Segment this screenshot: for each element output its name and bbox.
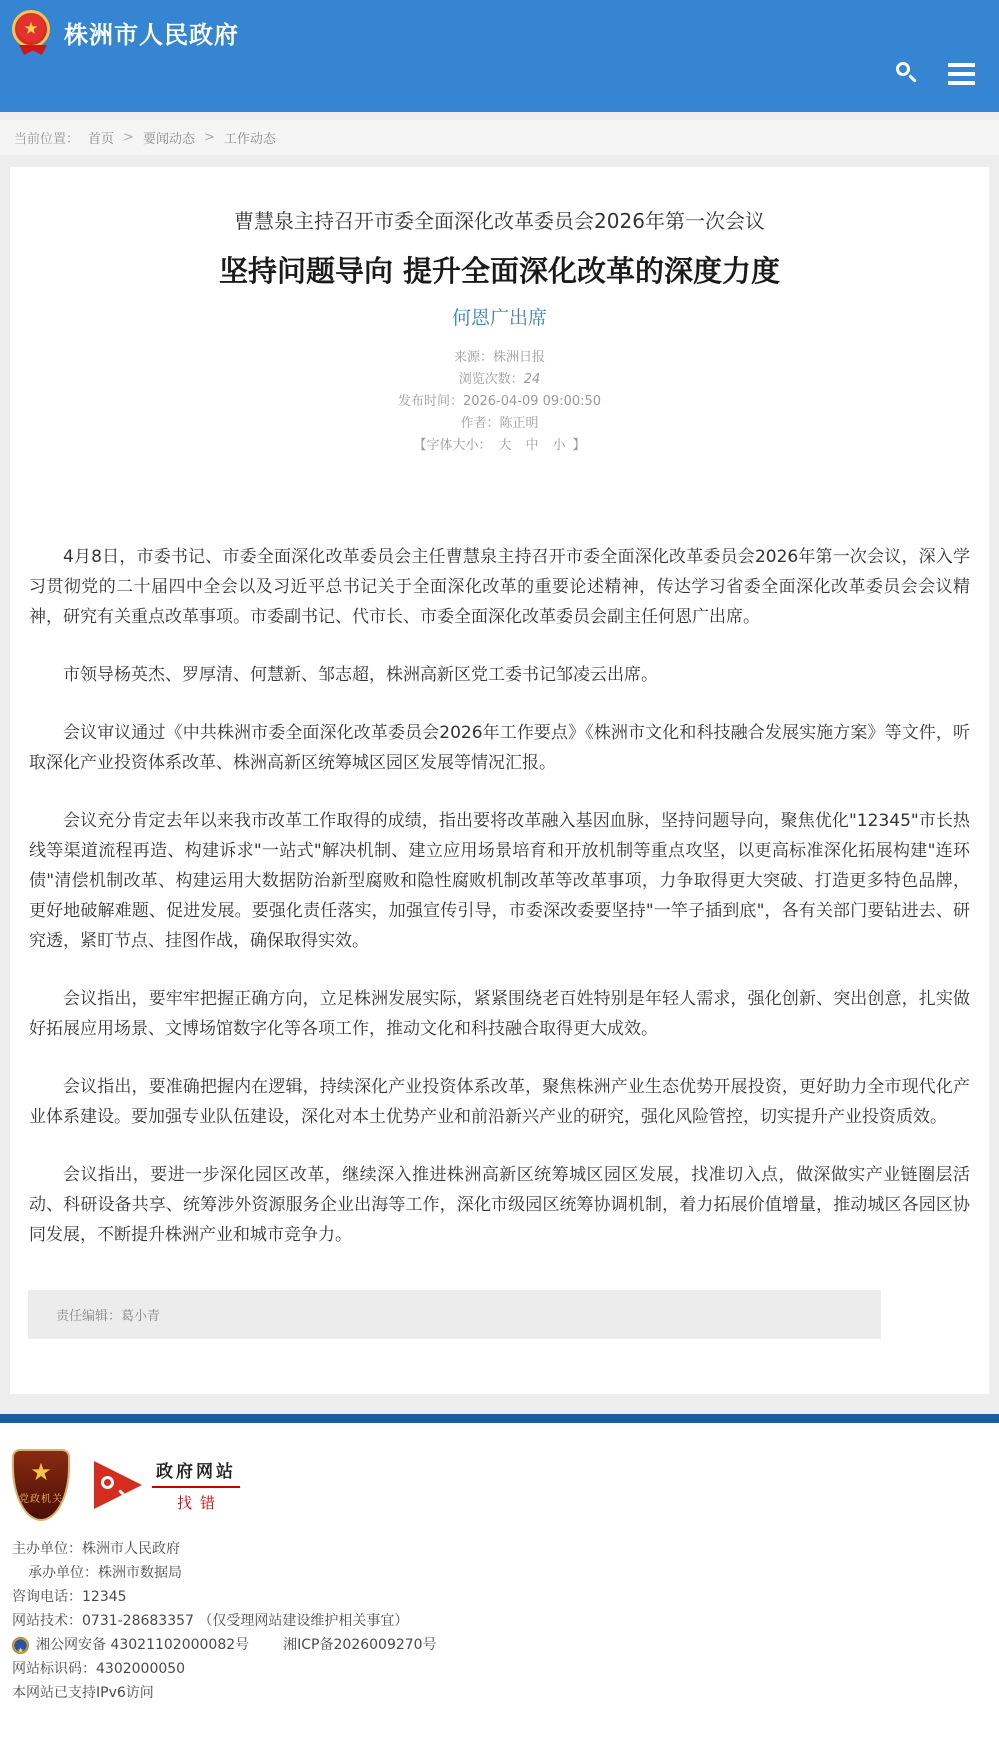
meta-views: 浏览次数：24 [10, 369, 989, 391]
site-code-label: 网站标识码： [12, 1657, 96, 1681]
error-report-line2: 找错 [152, 1492, 240, 1513]
header-actions [896, 62, 975, 86]
article-paragraph: 市领导杨英杰、罗厚清、何慧新、邹志超，株洲高新区党工委书记邹凌云出席。 [29, 660, 970, 690]
meta-author-value: 陈正明 [500, 416, 539, 431]
fontsize-control: 【字体大小：大中小】 [10, 435, 989, 457]
page-footer: ★ 党政机关 政府网站 找错 主办单位：株洲市人民政府 承办单位：株洲市数据局 … [0, 1423, 999, 1739]
article-title: 坚持问题导向 提升全面深化改革的深度力度 [40, 251, 959, 291]
editor-box: 责任编辑：葛小青 [28, 1290, 881, 1339]
phone-label: 咨询电话： [12, 1585, 82, 1609]
breadcrumb: 当前位置： 首页 > 要闻动态 > 工作动态 [0, 120, 999, 155]
fontsize-suffix: 】 [573, 438, 586, 453]
website-error-report-badge[interactable]: 政府网站 找错 [94, 1457, 240, 1513]
article-paragraph: 4月8日，市委书记、市委全面深化改革委员会主任曹慧泉主持召开市委全面深化改革委员… [29, 542, 970, 632]
shield-label: 党政机关 [19, 1490, 63, 1505]
police-badge-icon [12, 1637, 29, 1654]
police-beian-link[interactable]: 湘公网安备 43021102000082号 [36, 1633, 249, 1657]
footer-host-unit: 主办单位：株洲市人民政府 [12, 1537, 999, 1561]
meta-views-label: 浏览次数： [459, 372, 524, 387]
meta-publish-value: 2026-04-09 09:00:50 [463, 394, 601, 409]
magnifier-triangle-icon [94, 1461, 142, 1509]
breadcrumb-label: 当前位置： [14, 128, 79, 147]
editor-name: 葛小青 [121, 1309, 160, 1324]
meta-publish-time: 发布时间：2026-04-09 09:00:50 [10, 391, 989, 413]
fontsize-large-button[interactable]: 大 [498, 438, 511, 453]
meta-views-value: 24 [524, 372, 541, 387]
article-paragraph: 会议审议通过《中共株洲市委全面深化改革委员会2026年工作要点》《株洲市文化和科… [29, 718, 970, 778]
fontsize-small-button[interactable]: 小 [553, 438, 566, 453]
undertake-label: 承办单位： [28, 1561, 98, 1585]
breadcrumb-separator: > [204, 130, 215, 145]
article-paragraph: 会议指出，要进一步深化园区改革，继续深入推进株洲高新区统筹城区园区发展，找准切入… [29, 1160, 970, 1250]
site-title: 株洲市人民政府 [64, 15, 239, 50]
article-body: 4月8日，市委书记、市委全面深化改革委员会主任曹慧泉主持召开市委全面深化改革委员… [10, 542, 989, 1250]
meta-source-label: 来源： [454, 350, 493, 365]
article-paragraph: 会议指出，要准确把握内在逻辑，持续深化产业投资体系改革，聚焦株洲产业生态优势开展… [29, 1072, 970, 1132]
tech-label: 网站技术： [12, 1609, 82, 1633]
footer-phone: 咨询电话：12345 [12, 1585, 999, 1609]
breadcrumb-link-work-dynamics[interactable]: 工作动态 [224, 128, 276, 147]
host-label: 主办单位： [12, 1537, 82, 1561]
footer-site-code: 网站标识码：4302000050 [12, 1657, 999, 1681]
menu-icon[interactable] [948, 63, 975, 85]
footer-tech: 网站技术：0731-28683357 （仅受理网站建设维护相关事宜） [12, 1609, 999, 1633]
meta-source-value: 株洲日报 [493, 350, 545, 365]
search-icon[interactable] [896, 62, 920, 86]
meta-publish-label: 发布时间： [398, 394, 463, 409]
article-paragraph: 会议指出，要牢牢把握正确方向，立足株洲发展实际，紧紧围绕老百姓特别是年轻人需求，… [29, 984, 970, 1044]
article-card: 曹慧泉主持召开市委全面深化改革委员会2026年第一次会议 坚持问题导向 提升全面… [10, 167, 989, 1394]
site-brand: ★ 株洲市人民政府 [0, 0, 999, 55]
national-emblem-icon: ★ [12, 10, 54, 55]
app-header: ★ 株洲市人民政府 [0, 0, 999, 112]
error-report-text: 政府网站 找错 [152, 1457, 240, 1513]
footer-undertake-unit: 承办单位：株洲市数据局 [12, 1561, 999, 1585]
host-value: 株洲市人民政府 [82, 1537, 180, 1561]
article-paragraph: 会议充分肯定去年以来我市改革工作取得的成绩，指出要将改革融入基因血脉，坚持问题导… [29, 806, 970, 956]
article-subtitle: 何恩广出席 [10, 305, 989, 331]
article-meta: 来源：株洲日报 浏览次数：24 发布时间：2026-04-09 09:00:50… [10, 347, 989, 457]
fontsize-medium-button[interactable]: 中 [525, 438, 538, 453]
meta-source: 来源：株洲日报 [10, 347, 989, 369]
error-report-line1: 政府网站 [152, 1457, 240, 1488]
icp-beian-link[interactable]: 湘ICP备2026009270号 [283, 1633, 436, 1657]
undertake-value: 株洲市数据局 [98, 1561, 182, 1585]
breadcrumb-link-home[interactable]: 首页 [88, 128, 114, 147]
breadcrumb-separator: > [123, 130, 134, 145]
footer-badges: ★ 党政机关 政府网站 找错 [12, 1449, 999, 1521]
editor-label: 责任编辑： [56, 1309, 121, 1324]
breadcrumb-link-news[interactable]: 要闻动态 [143, 128, 195, 147]
meta-author: 作者：陈正明 [10, 413, 989, 435]
ipv6-text: 本网站已支持IPv6访问 [12, 1681, 154, 1705]
footer-beian: 湘公网安备 43021102000082号 湘ICP备2026009270号 [12, 1633, 999, 1657]
footer-ipv6: 本网站已支持IPv6访问 [12, 1681, 999, 1705]
party-government-badge-icon[interactable]: ★ 党政机关 [12, 1449, 70, 1521]
meta-author-label: 作者： [460, 416, 499, 431]
tech-value: 0731-28683357 （仅受理网站建设维护相关事宜） [82, 1609, 408, 1633]
article-supertitle: 曹慧泉主持召开市委全面深化改革委员会2026年第一次会议 [40, 207, 959, 235]
site-code-value: 4302000050 [96, 1657, 185, 1681]
footer-divider [0, 1414, 999, 1423]
fontsize-prefix: 【字体大小： [413, 438, 491, 453]
shield-star-icon: ★ [30, 1460, 52, 1484]
phone-value: 12345 [82, 1585, 127, 1609]
